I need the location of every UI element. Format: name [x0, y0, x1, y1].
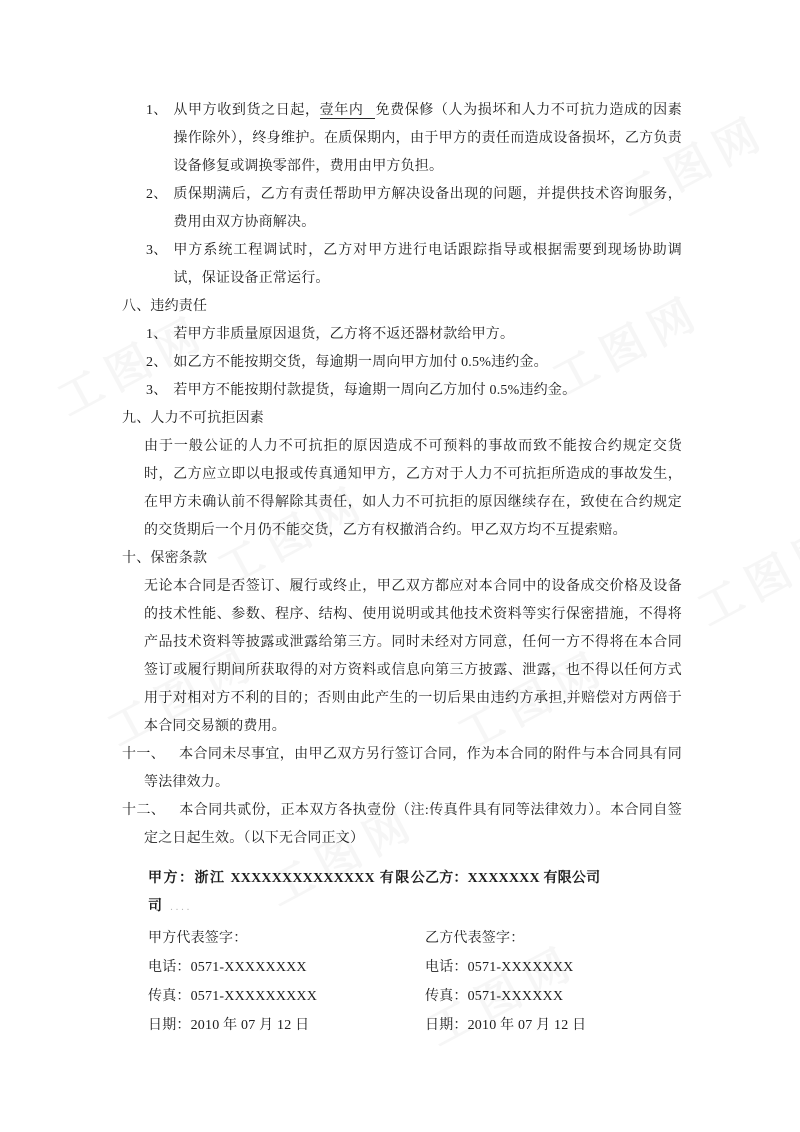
warranty-item-3-text: 甲方系统工程调试时，乙方对甲方进行电话跟踪指导或根据需要到现场协助调试，保证设备…	[173, 237, 682, 293]
warranty-item-2-text: 质保期满后，乙方有责任帮助甲方解决设备出现的问题，并提供技术咨询服务，费用由双方…	[173, 181, 682, 237]
breach-item-2: 2、 如乙方不能按期交货，每逾期一周向甲方加付 0.5%违约金。	[122, 349, 682, 377]
breach-item-1-text: 若甲方非质量原因退货，乙方将不返还器材款给甲方。	[173, 321, 682, 349]
clause-12-text: 本合同共贰份，正本双方各执壹份（注:传真件具有同等法律效力）。本合同自签定之日起…	[144, 803, 682, 846]
breach-item-2-text: 如乙方不能按期交货，每逾期一周向甲方加付 0.5%违约金。	[173, 349, 682, 377]
date-row: 日期：2010 年 07 月 12 日 日期：2010 年 07 月 12 日	[148, 1012, 682, 1040]
party-a-name: 甲方：浙江 XXXXXXXXXXXXXX 有限公司....	[148, 865, 425, 922]
force-majeure-heading: 九、人力不可抗拒因素	[122, 405, 682, 433]
warranty-item-1: 1、 从甲方收到货之日起，壹年内免费保修（人为损坏和人力不可抗力造成的因素操作除…	[122, 97, 682, 181]
item-number: 2、	[146, 181, 167, 237]
party-b-sign-label: 乙方代表签字：	[425, 925, 682, 953]
clause-11-text: 本合同未尽事宜，由甲乙双方另行签订合同，作为本合同的附件与本合同具有同等法律效力…	[144, 747, 682, 790]
force-majeure-paragraph: 由于一般公证的人力不可抗拒的原因造成不可预料的事故而致不能按合约规定交货时，乙方…	[144, 433, 682, 545]
party-b-phone: 电话：0571-XXXXXXX	[425, 954, 682, 982]
party-b-date: 日期：2010 年 07 月 12 日	[425, 1012, 682, 1040]
party-names-row: 甲方：浙江 XXXXXXXXXXXXXX 有限公司.... 乙方：XXXXXXX…	[148, 865, 682, 922]
item-number: 1、	[146, 321, 167, 349]
warranty-item-2: 2、 质保期满后，乙方有责任帮助甲方解决设备出现的问题，并提供技术咨询服务，费用…	[122, 181, 682, 237]
breach-item-1: 1、 若甲方非质量原因退货，乙方将不返还器材款给甲方。	[122, 321, 682, 349]
item-number: 3、	[146, 237, 167, 293]
warranty-item-3: 3、 甲方系统工程调试时，乙方对甲方进行电话跟踪指导或根据需要到现场协助调试，保…	[122, 237, 682, 293]
contract-page: 工图网工图网工图网工图网工图网工图网工图网工图网工图网 1、 从甲方收到货之日起…	[0, 0, 800, 1132]
clause-12-number: 十二、	[122, 803, 179, 818]
confidentiality-paragraph: 无论本合同是否签订、履行或终止，甲乙双方都应对本合同中的设备成交价格及设备的技术…	[144, 573, 682, 741]
warranty-item-1-text: 从甲方收到货之日起，壹年内免费保修（人为损坏和人力不可抗力造成的因素操作除外），…	[173, 97, 682, 181]
watermark-text: 工图网	[684, 506, 800, 639]
warranty-item-1-pre: 从甲方收到货之日起，	[173, 103, 319, 118]
party-a-sign-label: 甲方代表签字：	[148, 925, 425, 953]
clause-12: 十二、本合同共贰份，正本双方各执壹份（注:传真件具有同等法律效力）。本合同自签定…	[144, 797, 682, 853]
party-b-fax: 传真：0571-XXXXXX	[425, 983, 682, 1011]
item-number: 3、	[146, 377, 167, 405]
breach-item-3: 3、 若甲方不能按期付款提货，每逾期一周向乙方加付 0.5%违约金。	[122, 377, 682, 405]
party-a-date: 日期：2010 年 07 月 12 日	[148, 1012, 425, 1040]
breach-section-heading: 八、违约责任	[122, 293, 682, 321]
clause-11-number: 十一、	[122, 747, 179, 762]
party-b-name: 乙方：XXXXXXX 有限公司	[425, 865, 682, 922]
sign-labels-row: 甲方代表签字： 乙方代表签字：	[148, 925, 682, 953]
item-number: 1、	[146, 97, 167, 181]
party-a-phone: 电话：0571-XXXXXXXX	[148, 954, 425, 982]
clause-11: 十一、本合同未尽事宜，由甲乙双方另行签订合同，作为本合同的附件与本合同具有同等法…	[144, 741, 682, 797]
party-a-fax: 传真：0571-XXXXXXXXX	[148, 983, 425, 1011]
contract-body: 1、 从甲方收到货之日起，壹年内免费保修（人为损坏和人力不可抗力造成的因素操作除…	[122, 97, 682, 1041]
fax-row: 传真：0571-XXXXXXXXX 传真：0571-XXXXXX	[148, 983, 682, 1011]
underlined-warranty-period: 壹年内	[320, 103, 376, 119]
confidentiality-heading: 十、保密条款	[122, 545, 682, 573]
leader-dots: ....	[170, 902, 192, 913]
signature-block: 甲方：浙江 XXXXXXXXXXXXXX 有限公司.... 乙方：XXXXXXX…	[148, 865, 682, 1040]
breach-item-3-text: 若甲方不能按期付款提货，每逾期一周向乙方加付 0.5%违约金。	[173, 377, 682, 405]
phone-row: 电话：0571-XXXXXXXX 电话：0571-XXXXXXX	[148, 954, 682, 982]
item-number: 2、	[146, 349, 167, 377]
